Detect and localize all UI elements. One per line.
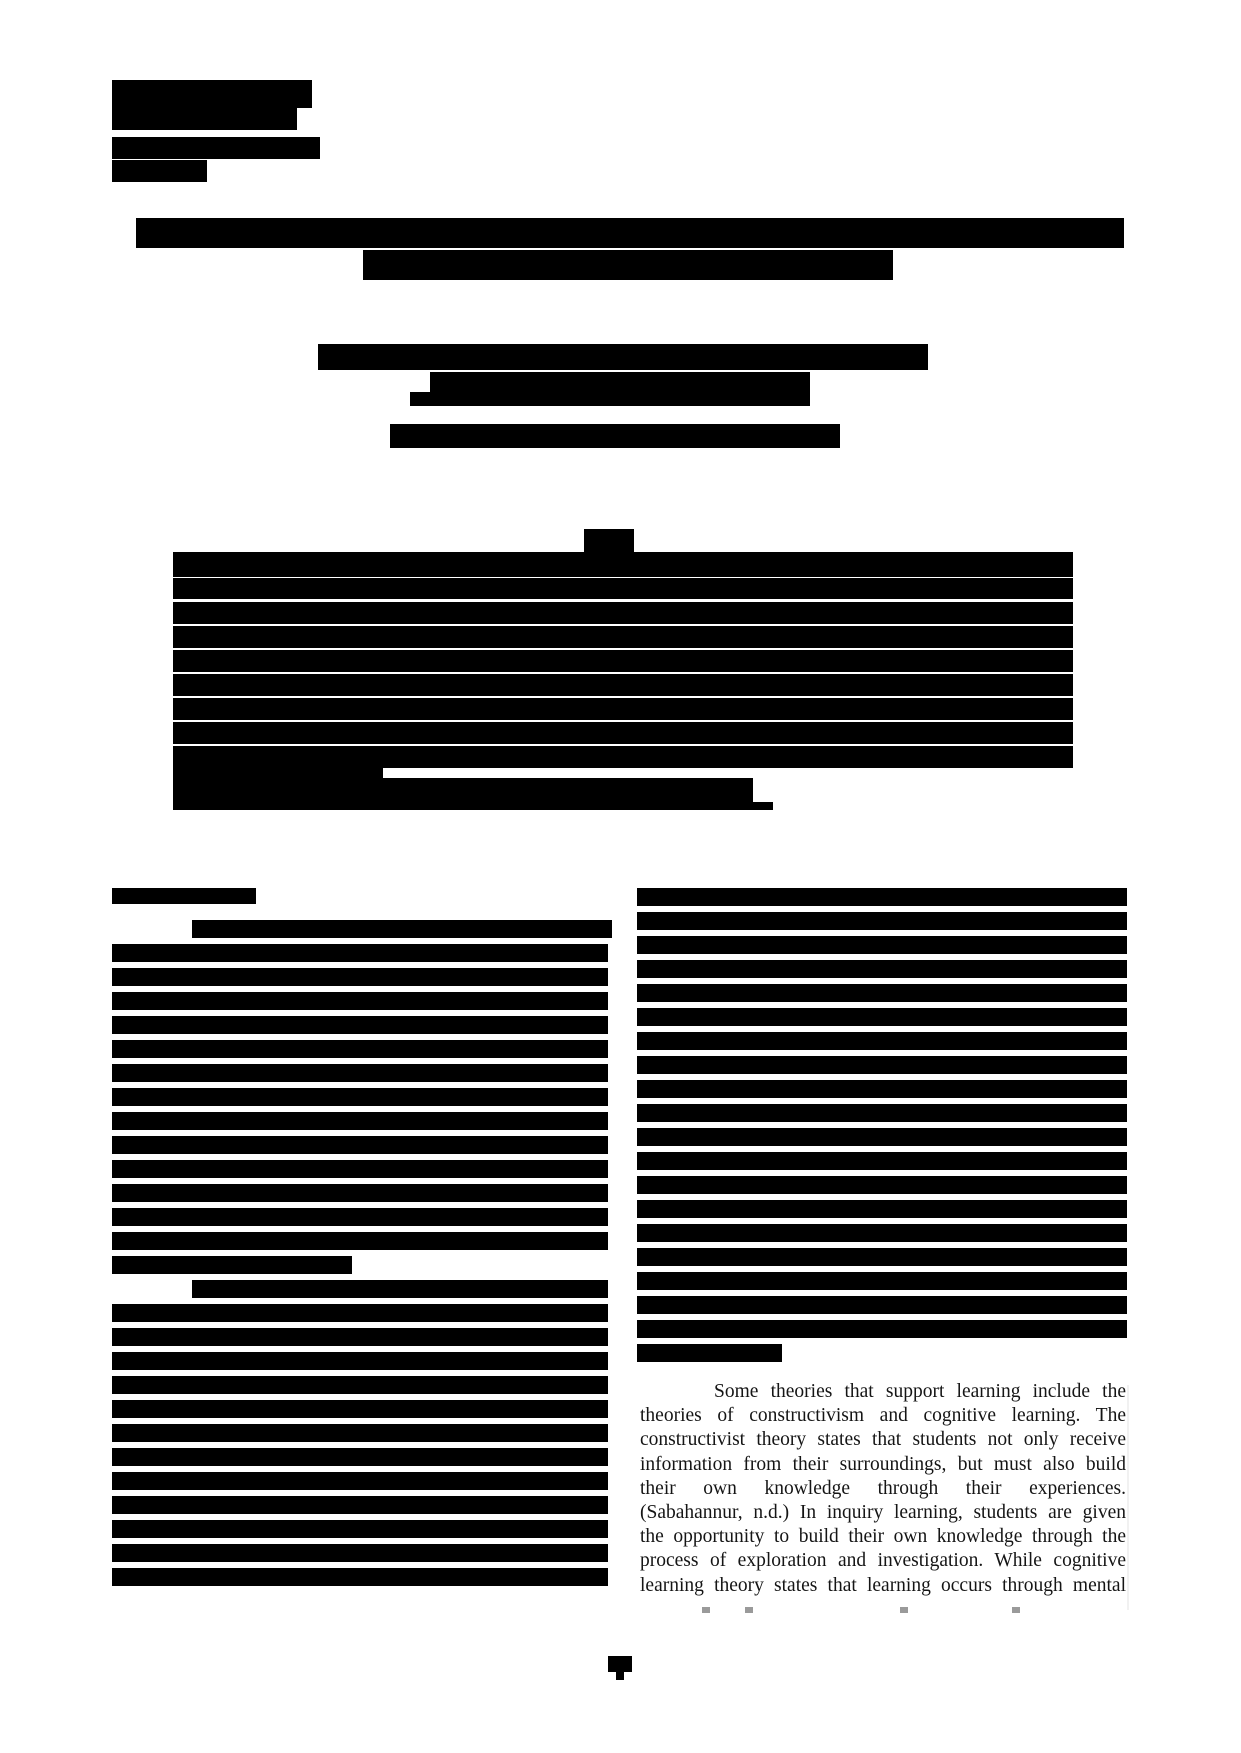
page-number-redacted xyxy=(608,1656,632,1672)
paragraph-line: process of exploration and investigation… xyxy=(640,1549,1126,1573)
column-edge-artifact xyxy=(1127,1385,1129,1610)
descender-artifact xyxy=(745,1607,753,1613)
paragraph-line: the opportunity to build their own knowl… xyxy=(640,1525,1126,1549)
descender-artifact xyxy=(900,1607,908,1613)
journal-subtitle-redacted xyxy=(112,108,297,130)
left-column-body-redacted xyxy=(112,920,612,1610)
paragraph-line: Some theories that support learning incl… xyxy=(640,1380,1126,1404)
descender-artifact xyxy=(1012,1607,1020,1613)
abstract-heading-redacted xyxy=(584,529,634,553)
paragraph-line: information from their surroundings, but… xyxy=(640,1453,1126,1477)
visible-paragraph-constructivism: Some theories that support learning incl… xyxy=(640,1380,1126,1598)
paragraph-line: constructivist theory states that studen… xyxy=(640,1428,1126,1452)
journal-issn-redacted xyxy=(112,160,207,182)
right-column-body-redacted xyxy=(637,888,1137,1368)
paragraph-line: (Sabahannur, n.d.) In inquiry learning, … xyxy=(640,1501,1126,1525)
paragraph-line: their own knowledge through their experi… xyxy=(640,1477,1126,1501)
authors-redacted xyxy=(318,344,928,370)
paragraph-line: learning theory states that learning occ… xyxy=(640,1574,1126,1598)
page-number-redacted-tail xyxy=(616,1672,624,1680)
paper-page: Some theories that support learning incl… xyxy=(0,0,1241,1753)
paragraph-line: theories of constructivism and cognitive… xyxy=(640,1404,1126,1428)
introduction-heading-redacted xyxy=(112,888,256,904)
journal-volume-redacted xyxy=(112,137,320,159)
affiliation-2-redacted xyxy=(410,392,810,406)
descender-artifact xyxy=(702,1607,710,1613)
paper-title-redacted-line-2 xyxy=(363,250,893,280)
journal-name-redacted xyxy=(112,80,312,108)
email-redacted xyxy=(390,424,840,448)
paper-title-redacted-line-1 xyxy=(136,218,1124,248)
abstract-body-redacted xyxy=(173,552,1073,812)
